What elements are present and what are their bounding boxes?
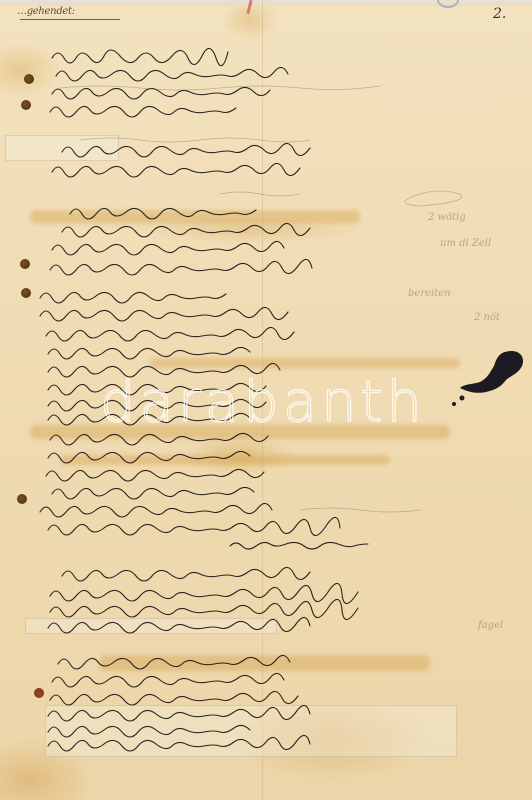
margin-pencil-note: fagel <box>478 620 503 631</box>
margin-pencil-note: 2 wötig <box>428 212 466 223</box>
margin-pencil-note: 2 nöt <box>474 312 500 323</box>
margin-pencil-note: bereiten <box>408 288 451 299</box>
manuscript-page: …gehendet: 2. <box>0 0 532 800</box>
watermark: darabanth <box>100 370 426 435</box>
margin-pencil-note: um di Zell <box>440 238 491 249</box>
